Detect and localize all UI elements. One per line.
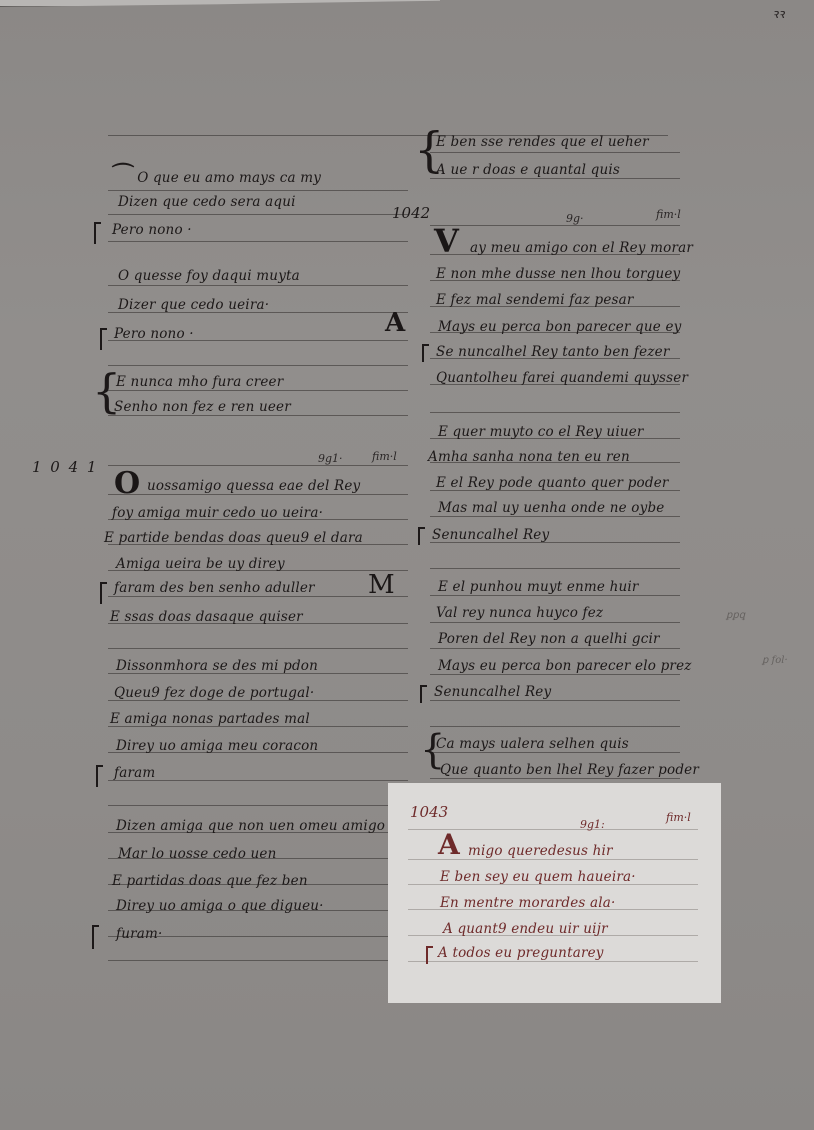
verse-line: E amiga nonas partades mal [110,711,310,727]
rubric-left: 9g1· [318,452,343,465]
verse-line: Mas mal uy uenha onde ne oybe [438,500,664,516]
rubric-right: fim·l [656,208,681,221]
verse-line: Direy uo amiga meu coracon [116,738,318,754]
verse-line: faram des ben senho aduller [114,580,315,596]
ruling-line [430,622,680,623]
verse-line: Mar lo uosse cedo uen [118,846,277,862]
verse-line: Ca mays ualera selhen quis [436,736,629,752]
manuscript-page: ꝛꝛ ⌒O que eu amo mays ca my [0,0,814,1130]
verse-line: E partidas doas que fez ben [112,873,308,889]
verse-line: Senho non fez e ren ueer [114,399,291,415]
verse-line: Poren del Rey non a quelhi gcir [438,631,660,647]
ruling-line [108,596,408,597]
paragraph-bracket [100,328,107,350]
verse-line: Amiga ueira be uy direy [116,556,285,572]
verse-line: Mays eu perca bon parecer elo prez [438,658,692,674]
verse-line: ⌒O que eu amo mays ca my [112,166,321,186]
poem-initial: O [114,466,140,501]
verse-line: Mays eu perca bon parecer que ey [438,319,682,335]
ruling-line [108,190,408,191]
ruling-line [108,648,408,649]
verse-line: ay meu amigo con el Rey morar [470,240,693,256]
rubric-left: 9g1: [580,818,605,831]
verse-line: A quant9 endeu uir uijr [443,921,608,937]
ruling-line [430,700,680,701]
verse-line: Dissonmhora se des mi pdon [116,658,318,674]
verse-line: En mentre morardes ala· [440,895,616,911]
paragraph-bracket [422,344,429,362]
verse-line: foy amiga muir cedo uo ueira· [112,505,323,521]
verse-line: Dizen amiga que non uen omeu amigo [116,818,385,834]
ruling-line [430,752,680,753]
paragraph-bracket [418,527,425,545]
verse-line: Dizer que cedo ueira· [118,297,269,313]
verse-line: E nunca mho fura creer [116,374,283,390]
ruling-line [108,415,408,416]
ruling-line [430,726,680,727]
verse-line: E non mhe dusse nen lhou torguey [436,266,680,282]
ruling-line [108,390,408,391]
verse-line: E ben sey eu quem haueira· [440,869,636,885]
poem-initial: V [434,222,459,260]
verse-line: A todos eu preguntarey [438,945,604,961]
paragraph-bracket [426,946,433,964]
ruling-line [108,214,408,215]
verse-line: faram [114,765,155,781]
section-initial-a: A [385,308,405,338]
ruling-line [108,365,408,366]
paragraph-bracket [94,222,101,244]
rubric-right: fim·l [666,811,691,824]
verse-line: E el Rey pode quanto quer poder [436,475,669,491]
verse-line: E ben sse rendes que el ueher [436,134,649,150]
verse-line: Senuncalhel Rey [434,684,551,700]
highlighted-region-poem-1043[interactable]: 1043 9g1: fim·l A migo queredesus hir E … [388,783,721,1003]
ruling-line [430,152,680,153]
poem-number: 1042 [392,204,430,222]
paragraph-bracket [96,765,103,787]
initial-letter: ⌒ [112,162,134,188]
ruling-line [430,674,680,675]
verse-line: furam· [116,926,163,942]
ruling-line [430,225,680,226]
ruling-line [108,494,408,495]
ruling-line [408,961,698,962]
verse-line: Quantolheu farei quandemi quysser [436,370,688,386]
ruling-line [430,516,680,517]
verse-line: E quer muyto co el Rey uiuer [438,424,644,440]
verse-line: Pero nono · [114,326,194,342]
verse-line: Que quanto ben lhel Rey fazer poder [440,762,699,778]
section-initial-m: M [368,570,395,600]
ruling-line [108,805,408,806]
verse-line: E el punhou muyt enme huir [438,579,639,595]
poem-initial: A [438,828,460,861]
verse-line: Direy uo amiga o que digueu· [116,898,324,914]
verse-line: Dizen que cedo sera aqui [118,194,296,210]
verse-line: O quesse foy daqui muyta [118,268,300,284]
ruling-line [430,568,680,569]
verse-line: Queu9 fez doge de portugal· [114,685,314,701]
ruling-line [430,648,680,649]
margin-note: ꝑꝑꝗ [726,610,745,621]
rubric-left: 9g· [566,212,584,225]
ruling-line [108,960,398,961]
ruling-line [430,178,680,179]
verse-line: Pero nono · [112,222,192,238]
margin-note: ꝑ fol· [762,655,788,666]
ruling-line [430,412,680,413]
poem-number: 1043 [410,803,448,821]
verse-line: Senuncalhel Rey [432,527,549,543]
verse-line: uossamigo quessa eae del Rey [147,478,360,494]
paragraph-bracket [100,582,107,604]
verse-line: A ue r doas e quantal quis [436,162,620,178]
ruling-line [108,285,408,286]
folio-mark: ꝛꝛ [772,4,784,22]
paragraph-bracket [92,925,99,949]
ruling-line [108,465,408,466]
poem-number: 1 0 4 1 [32,458,98,476]
ruling-line [430,778,680,779]
verse-line: Val rey nunca huyco fez [436,605,603,621]
paragraph-bracket [420,685,427,703]
verse-line: Se nuncalhel Rey tanto ben fezer [436,344,669,360]
verse-line: E fez mal sendemi faz pesar [436,292,634,308]
verse-line: Amha sanha nona ten eu ren [428,449,630,465]
ruling-line [108,241,408,242]
verse-line: E ssas doas dasaque quiser [110,609,303,625]
verse-line: E partide bendas doas queu9 el dara [104,530,363,546]
verse-line: migo queredesus hir [468,843,613,859]
ruling-line [430,595,680,596]
rubric-right: fim·l [372,450,397,463]
